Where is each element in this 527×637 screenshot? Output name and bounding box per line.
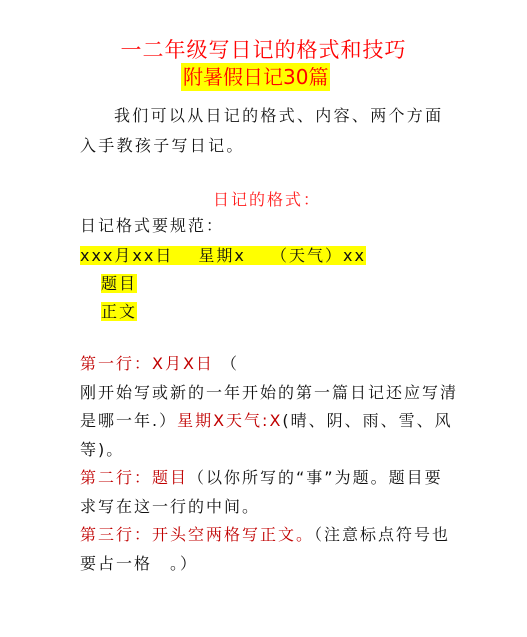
format-heading: 日记的格式： [213, 187, 321, 210]
intro-paragraph: 我们可以从日记的格式、内容、两个方面入手教孩子写日记。 [80, 101, 460, 161]
rule-3-block: 第三行：开头空两格写正文。（注意标点符号也要占一格 。） [80, 521, 460, 578]
document-title: 一二年级写日记的格式和技巧 [0, 34, 527, 64]
date-line-template: xxx月xx日 星期x （天气）xx [80, 246, 366, 265]
rule-1-weather: 星期X天气:X [177, 411, 282, 430]
format-body-line: 正文 [101, 299, 137, 325]
rule-1-label: 第一行：X月X日 [80, 354, 214, 373]
format-date-line: xxx月xx日 星期x （天气）xx [80, 243, 366, 269]
format-rule-label: 日记格式要规范： [80, 213, 224, 239]
rule-1-paren: （ [214, 354, 239, 373]
format-title-line: 题目 [101, 271, 137, 297]
body-template: 正文 [101, 302, 137, 321]
rule-2-block: 第二行：题目（以你所写的“事”为题。题目要求写在这一行的中间。 [80, 464, 460, 521]
rule-2-label: 第二行：题目 [80, 468, 188, 487]
document-page: 一二年级写日记的格式和技巧 附暑假日记30篇 我们可以从日记的格式、内容、两个方… [0, 0, 527, 637]
rule-1-block: 第一行：X月X日 （ 刚开始写或新的一年开始的第一篇日记还应写清是哪一年.）星期… [80, 350, 460, 464]
rule-3-label: 第三行：开头空两格写正文。 [80, 525, 314, 544]
document-subtitle: 附暑假日记30篇 [181, 63, 330, 91]
title-template: 题目 [101, 274, 137, 293]
